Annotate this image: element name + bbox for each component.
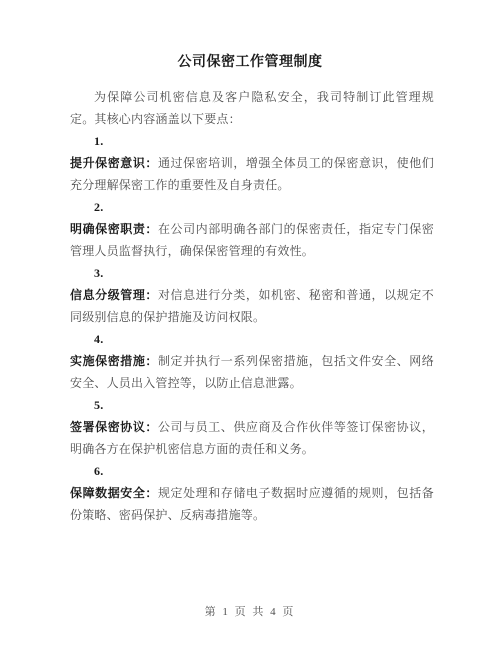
item-lead: 签署保密协议： <box>70 420 158 434</box>
item-number: 2. <box>70 196 434 218</box>
list-item: 明确保密职责：在公司内部明确各部门的保密责任，指定专门保密管理人员监督执行，确保… <box>70 218 434 262</box>
item-lead: 提升保密意识： <box>70 156 158 170</box>
item-number: 6. <box>70 460 434 482</box>
document-body: 为保障公司机密信息及客户隐私安全，我司特制订此管理规定。其核心内容涵盖以下要点：… <box>70 86 434 526</box>
item-lead: 实施保密措施： <box>70 354 158 368</box>
page-number-footer: 第 1 页 共 4 页 <box>0 603 500 621</box>
list-item: 签署保密协议：公司与员工、供应商及合作伙伴等签订保密协议，明确各方在保护机密信息… <box>70 416 434 460</box>
list-item: 实施保密措施：制定并执行一系列保密措施，包括文件安全、网络安全、人员出入管控等，… <box>70 350 434 394</box>
list-item: 信息分级管理：对信息进行分类，如机密、秘密和普通，以规定不同级别信息的保护措施及… <box>70 284 434 328</box>
item-number: 5. <box>70 394 434 416</box>
intro-paragraph: 为保障公司机密信息及客户隐私安全，我司特制订此管理规定。其核心内容涵盖以下要点： <box>70 86 434 130</box>
list-item: 保障数据安全：规定处理和存储电子数据时应遵循的规则，包括备份策略、密码保护、反病… <box>70 482 434 526</box>
item-lead: 保障数据安全： <box>70 486 158 500</box>
list-item: 提升保密意识：通过保密培训，增强全体员工的保密意识，使他们充分理解保密工作的重要… <box>70 152 434 196</box>
item-number: 1. <box>70 130 434 152</box>
item-number: 3. <box>70 262 434 284</box>
page-title: 公司保密工作管理制度 <box>0 52 500 74</box>
item-number: 4. <box>70 328 434 350</box>
item-lead: 明确保密职责： <box>70 222 158 236</box>
document-page: 公司保密工作管理制度 为保障公司机密信息及客户隐私安全，我司特制订此管理规定。其… <box>0 0 500 647</box>
item-lead: 信息分级管理： <box>70 288 158 302</box>
